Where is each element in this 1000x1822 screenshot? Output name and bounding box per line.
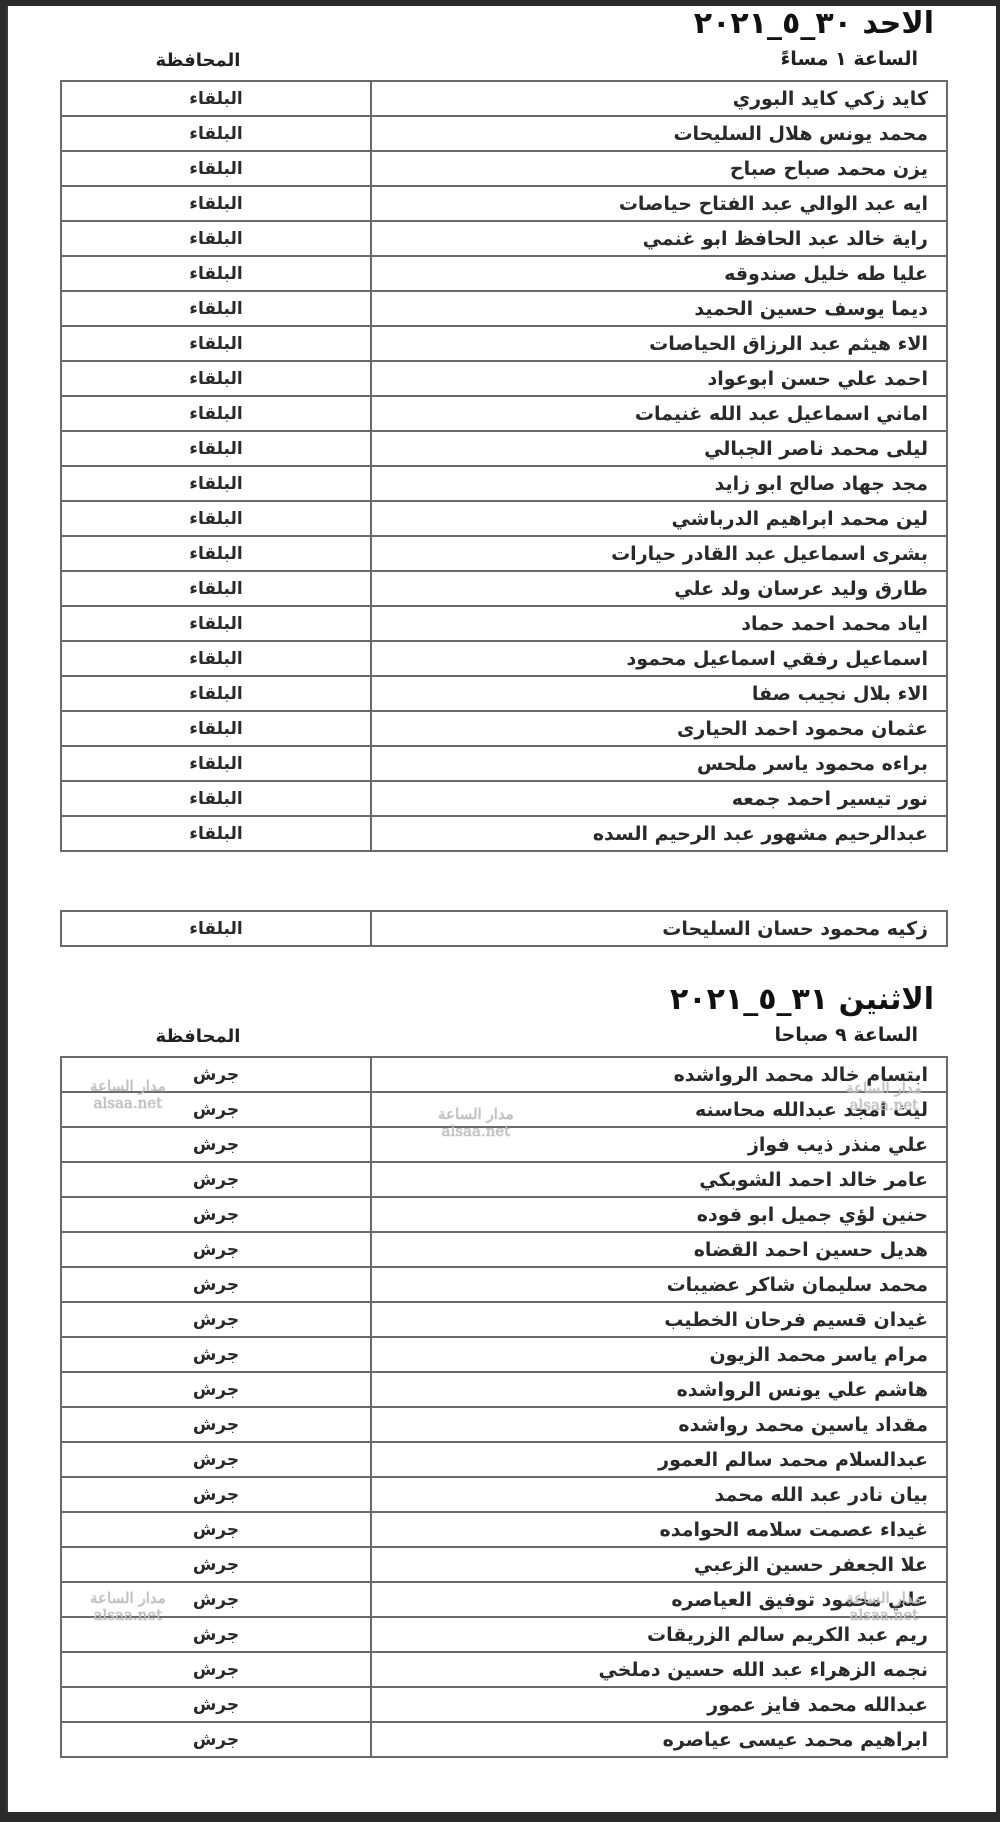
table-row: جرشعبدالسلام محمد سالم العمور [61,1442,947,1477]
table-row: البلقاءعليا طه خليل صندوقه [61,256,947,291]
name-cell: هديل حسين احمد القضاه [371,1232,947,1267]
name-cell: نجمه الزهراء عبد الله حسين دملخي [371,1652,947,1687]
name-cell: غيدان قسيم فرحان الخطيب [371,1302,947,1337]
section-1-extra-table: البلقاءزكيه محمود حسان السليحات [60,910,948,947]
governorate-cell: جرش [61,1582,371,1617]
table-row: جرشغيداء عصمت سلامه الحوامده [61,1512,947,1547]
table-row: البلقاءبشرى اسماعيل عبد القادر حيارات [61,536,947,571]
table-row: البلقاءمجد جهاد صالح ابو زايد [61,466,947,501]
table-row: جرشعلا الجعفر حسين الزعبي [61,1547,947,1582]
section-2-time: الساعة ٩ صباحا [774,1024,918,1046]
table-row: البلقاءليلى محمد ناصر الجبالي [61,431,947,466]
section-1-time: الساعة ١ مساءً [781,48,918,70]
section-1-table: البلقاءكايد زكي كايد البوريالبلقاءمحمد ي… [60,80,948,852]
name-cell: ايه عبد الوالي عبد الفتاح حياصات [371,186,947,221]
name-cell: احمد علي حسن ابوعواد [371,361,947,396]
table-row: البلقاءديما يوسف حسين الحميد [61,291,947,326]
table-row: البلقاءاسماعيل رفقي اسماعيل محمود [61,641,947,676]
table-row: جرشريم عبد الكريم سالم الزريقات [61,1617,947,1652]
name-cell: علا الجعفر حسين الزعبي [371,1547,947,1582]
name-cell: اسماعيل رفقي اسماعيل محمود [371,641,947,676]
name-cell: عامر خالد احمد الشوبكي [371,1162,947,1197]
table-row: جرشمقداد ياسين محمد رواشده [61,1407,947,1442]
name-cell: عثمان محمود احمد الحيارى [371,711,947,746]
table-row: جرشابتسام خالد محمد الرواشده [61,1057,947,1092]
governorate-cell: جرش [61,1092,371,1127]
name-cell: بيان نادر عبد الله محمد [371,1477,947,1512]
governorate-cell: جرش [61,1652,371,1687]
document-page: الاحد ٣٠_٥_٢٠٢١ الساعة ١ مساءً المحافظة … [6,6,996,1812]
governorate-cell: البلقاء [61,816,371,851]
table-row: البلقاءاماني اسماعيل عبد الله غنيمات [61,396,947,431]
name-cell: كايد زكي كايد البوري [371,81,947,116]
name-cell: عبدالله محمد فايز عمور [371,1687,947,1722]
table-row: جرشعبدالله محمد فايز عمور [61,1687,947,1722]
governorate-cell: البلقاء [61,746,371,781]
table-row: جرشابراهيم محمد عيسى عياصره [61,1722,947,1757]
name-cell: بشرى اسماعيل عبد القادر حيارات [371,536,947,571]
table-row: جرشغيدان قسيم فرحان الخطيب [61,1302,947,1337]
name-cell: ليث امجد عبدالله محاسنه [371,1092,947,1127]
table-row: البلقاءيزن محمد صباح صباح [61,151,947,186]
section-2-table: جرشابتسام خالد محمد الرواشدهجرشليث امجد … [60,1056,948,1758]
governorate-cell: البلقاء [61,676,371,711]
name-cell: ريم عبد الكريم سالم الزريقات [371,1617,947,1652]
table-row: البلقاءالاء بلال نجيب صفا [61,676,947,711]
table-row: البلقاءعبدالرحيم مشهور عبد الرحيم السده [61,816,947,851]
table-row: جرشليث امجد عبدالله محاسنه [61,1092,947,1127]
name-cell: طارق وليد عرسان ولد علي [371,571,947,606]
name-cell: عليا طه خليل صندوقه [371,256,947,291]
name-cell: غيداء عصمت سلامه الحوامده [371,1512,947,1547]
name-cell: محمد سليمان شاكر عضيبات [371,1267,947,1302]
section-1-title: الاحد ٣٠_٥_٢٠٢١ [694,6,934,41]
governorate-cell: البلقاء [61,501,371,536]
table-row: جرشحنين لؤي جميل ابو فوده [61,1197,947,1232]
governorate-cell: البلقاء [61,536,371,571]
governorate-cell: جرش [61,1127,371,1162]
name-cell: الاء هيثم عبد الرزاق الحياصات [371,326,947,361]
governorate-cell: البلقاء [61,81,371,116]
name-cell: اياد محمد احمد حماد [371,606,947,641]
table-row: البلقاءكايد زكي كايد البوري [61,81,947,116]
name-cell: نور تيسير احمد جمعه [371,781,947,816]
governorate-cell: جرش [61,1722,371,1757]
table-row: جرشعلي محمود توفيق العياصره [61,1582,947,1617]
name-cell: ديما يوسف حسين الحميد [371,291,947,326]
governorate-cell: جرش [61,1617,371,1652]
governorate-cell: البلقاء [61,326,371,361]
table-row: البلقاءايه عبد الوالي عبد الفتاح حياصات [61,186,947,221]
name-cell: علي محمود توفيق العياصره [371,1582,947,1617]
table-row: جرشهديل حسين احمد القضاه [61,1232,947,1267]
name-cell: اماني اسماعيل عبد الله غنيمات [371,396,947,431]
governorate-cell: البلقاء [61,221,371,256]
name-cell: محمد يونس هلال السليحات [371,116,947,151]
name-cell: عبدالرحيم مشهور عبد الرحيم السده [371,816,947,851]
governorate-cell: جرش [61,1232,371,1267]
governorate-cell: جرش [61,1407,371,1442]
table-row: البلقاءراية خالد عبد الحافظ ابو غنمي [61,221,947,256]
governorate-cell: جرش [61,1197,371,1232]
governorate-cell: البلقاء [61,291,371,326]
section-2-governorate-header: المحافظة [128,1026,268,1047]
governorate-cell: جرش [61,1512,371,1547]
governorate-cell: جرش [61,1477,371,1512]
governorate-cell: البلقاء [61,466,371,501]
table-row: جرشنجمه الزهراء عبد الله حسين دملخي [61,1652,947,1687]
governorate-cell: البلقاء [61,116,371,151]
table-row: جرشعامر خالد احمد الشوبكي [61,1162,947,1197]
name-cell: زكيه محمود حسان السليحات [371,911,947,946]
name-cell: براءه محمود ياسر ملحس [371,746,947,781]
table-row: البلقاءنور تيسير احمد جمعه [61,781,947,816]
name-cell: مجد جهاد صالح ابو زايد [371,466,947,501]
governorate-cell: البلقاء [61,186,371,221]
governorate-cell: البلقاء [61,431,371,466]
governorate-cell: البلقاء [61,781,371,816]
table-row: البلقاءلين محمد ابراهيم الدرباشي [61,501,947,536]
table-row: البلقاءبراءه محمود ياسر ملحس [61,746,947,781]
table-row: البلقاءاياد محمد احمد حماد [61,606,947,641]
governorate-cell: جرش [61,1267,371,1302]
governorate-cell: جرش [61,1547,371,1582]
governorate-cell: البلقاء [61,396,371,431]
governorate-cell: جرش [61,1372,371,1407]
table-row: جرشهاشم علي يونس الرواشده [61,1372,947,1407]
governorate-cell: جرش [61,1162,371,1197]
table-row: جرشمحمد سليمان شاكر عضيبات [61,1267,947,1302]
table-row: البلقاءطارق وليد عرسان ولد علي [61,571,947,606]
governorate-cell: البلقاء [61,606,371,641]
table-row: البلقاءمحمد يونس هلال السليحات [61,116,947,151]
governorate-cell: البلقاء [61,641,371,676]
name-cell: راية خالد عبد الحافظ ابو غنمي [371,221,947,256]
governorate-cell: جرش [61,1302,371,1337]
governorate-cell: جرش [61,1442,371,1477]
table-row: البلقاءاحمد علي حسن ابوعواد [61,361,947,396]
name-cell: يزن محمد صباح صباح [371,151,947,186]
name-cell: ليلى محمد ناصر الجبالي [371,431,947,466]
name-cell: مرام ياسر محمد الزيون [371,1337,947,1372]
table-row: البلقاءعثمان محمود احمد الحيارى [61,711,947,746]
governorate-cell: البلقاء [61,711,371,746]
name-cell: ابراهيم محمد عيسى عياصره [371,1722,947,1757]
name-cell: هاشم علي يونس الرواشده [371,1372,947,1407]
governorate-cell: البلقاء [61,151,371,186]
name-cell: ابتسام خالد محمد الرواشده [371,1057,947,1092]
section-2-title: الاثنين ٣١_٥_٢٠٢١ [670,982,934,1017]
table-row: البلقاءزكيه محمود حسان السليحات [61,911,947,946]
name-cell: علي منذر ذيب فواز [371,1127,947,1162]
table-row: جرشبيان نادر عبد الله محمد [61,1477,947,1512]
name-cell: لين محمد ابراهيم الدرباشي [371,501,947,536]
governorate-cell: البلقاء [61,256,371,291]
governorate-cell: جرش [61,1057,371,1092]
name-cell: الاء بلال نجيب صفا [371,676,947,711]
governorate-cell: البلقاء [61,361,371,396]
governorate-cell: جرش [61,1337,371,1372]
name-cell: حنين لؤي جميل ابو فوده [371,1197,947,1232]
governorate-cell: البلقاء [61,571,371,606]
table-row: جرشمرام ياسر محمد الزيون [61,1337,947,1372]
governorate-cell: جرش [61,1687,371,1722]
section-1-governorate-header: المحافظة [128,50,268,71]
table-row: جرشعلي منذر ذيب فواز [61,1127,947,1162]
name-cell: مقداد ياسين محمد رواشده [371,1407,947,1442]
governorate-cell: البلقاء [61,911,371,946]
table-row: البلقاءالاء هيثم عبد الرزاق الحياصات [61,326,947,361]
name-cell: عبدالسلام محمد سالم العمور [371,1442,947,1477]
